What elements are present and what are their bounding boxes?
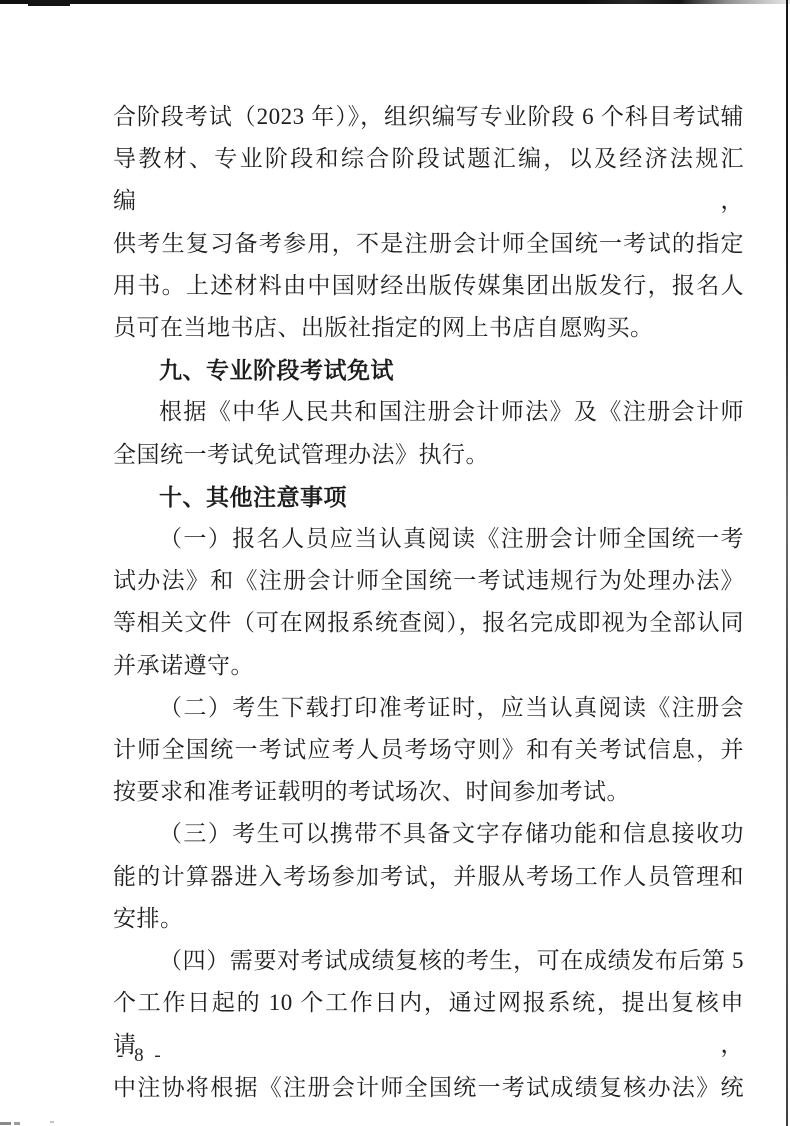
text-line: 员可在当地书店、出版社指定的网上书店自愿购买。 bbox=[113, 307, 744, 349]
text-line: （一）报名人员应当认真阅读《注册会计师全国统一考 bbox=[113, 518, 744, 560]
text-line: 计师全国统一考试应考人员考场守则》和有关考试信息，并 bbox=[113, 729, 744, 771]
text-line: （二）考生下载打印准考证时，应当认真阅读《注册会 bbox=[113, 687, 744, 729]
document-page: { "page": { "number_label": "- 8 -", "nu… bbox=[0, 0, 790, 1126]
scan-artifact-bottom-speck bbox=[0, 1122, 11, 1125]
scan-artifact-bottom-speck bbox=[14, 1122, 20, 1125]
text-line: （三）考生可以携带不具备文字存储功能和信息接收功 bbox=[113, 813, 744, 855]
scan-artifact-right-edge-line bbox=[786, 0, 788, 1126]
text-line: 供考生复习备考参用，不是注册会计师全国统一考试的指定 bbox=[113, 223, 744, 265]
scan-artifact-top-blob bbox=[28, 0, 70, 6]
section-heading-nine: 九、专业阶段考试免试 bbox=[113, 349, 744, 391]
document-text-block: 合阶段考试（2023 年）》，组织编写专业阶段 6 个科目考试辅 导教材、专业阶… bbox=[113, 96, 744, 1109]
page-number: - 8 - bbox=[117, 1044, 164, 1068]
text-line: 按要求和准考证载明的考试场次、时间参加考试。 bbox=[113, 771, 744, 813]
text-line: 安排。 bbox=[113, 898, 744, 940]
text-line: 等相关文件（可在网报系统查阅），报名完成即视为全部认同 bbox=[113, 602, 744, 644]
section-heading-ten: 十、其他注意事项 bbox=[113, 476, 744, 518]
text-line: 中注协将根据《注册会计师全国统一考试成绩复核办法》统 bbox=[113, 1067, 744, 1109]
text-line: 全国统一考试免试管理办法》执行。 bbox=[113, 434, 744, 476]
text-line: 导教材、专业阶段和综合阶段试题汇编，以及经济法规汇编， bbox=[113, 138, 744, 222]
text-line: （四）需要对考试成绩复核的考生，可在成绩发布后第 5 bbox=[113, 940, 744, 982]
text-line: 个工作日起的 10 个工作日内，通过网报系统，提出复核申请， bbox=[113, 982, 744, 1066]
text-line: 并承诺遵守。 bbox=[113, 645, 744, 687]
scan-artifact-top-bar bbox=[0, 0, 790, 4]
text-line: 根据《中华人民共和国注册会计师法》及《注册会计师 bbox=[113, 391, 744, 433]
text-line: 能的计算器进入考场参加考试，并服从考场工作人员管理和 bbox=[113, 856, 744, 898]
scan-artifact-bottom-speck bbox=[50, 1121, 54, 1123]
text-line: 用书。上述材料由中国财经出版传媒集团出版发行，报名人 bbox=[113, 265, 744, 307]
text-line: 合阶段考试（2023 年）》，组织编写专业阶段 6 个科目考试辅 bbox=[113, 96, 744, 138]
text-line: 试办法》和《注册会计师全国统一考试违规行为处理办法》 bbox=[113, 560, 744, 602]
